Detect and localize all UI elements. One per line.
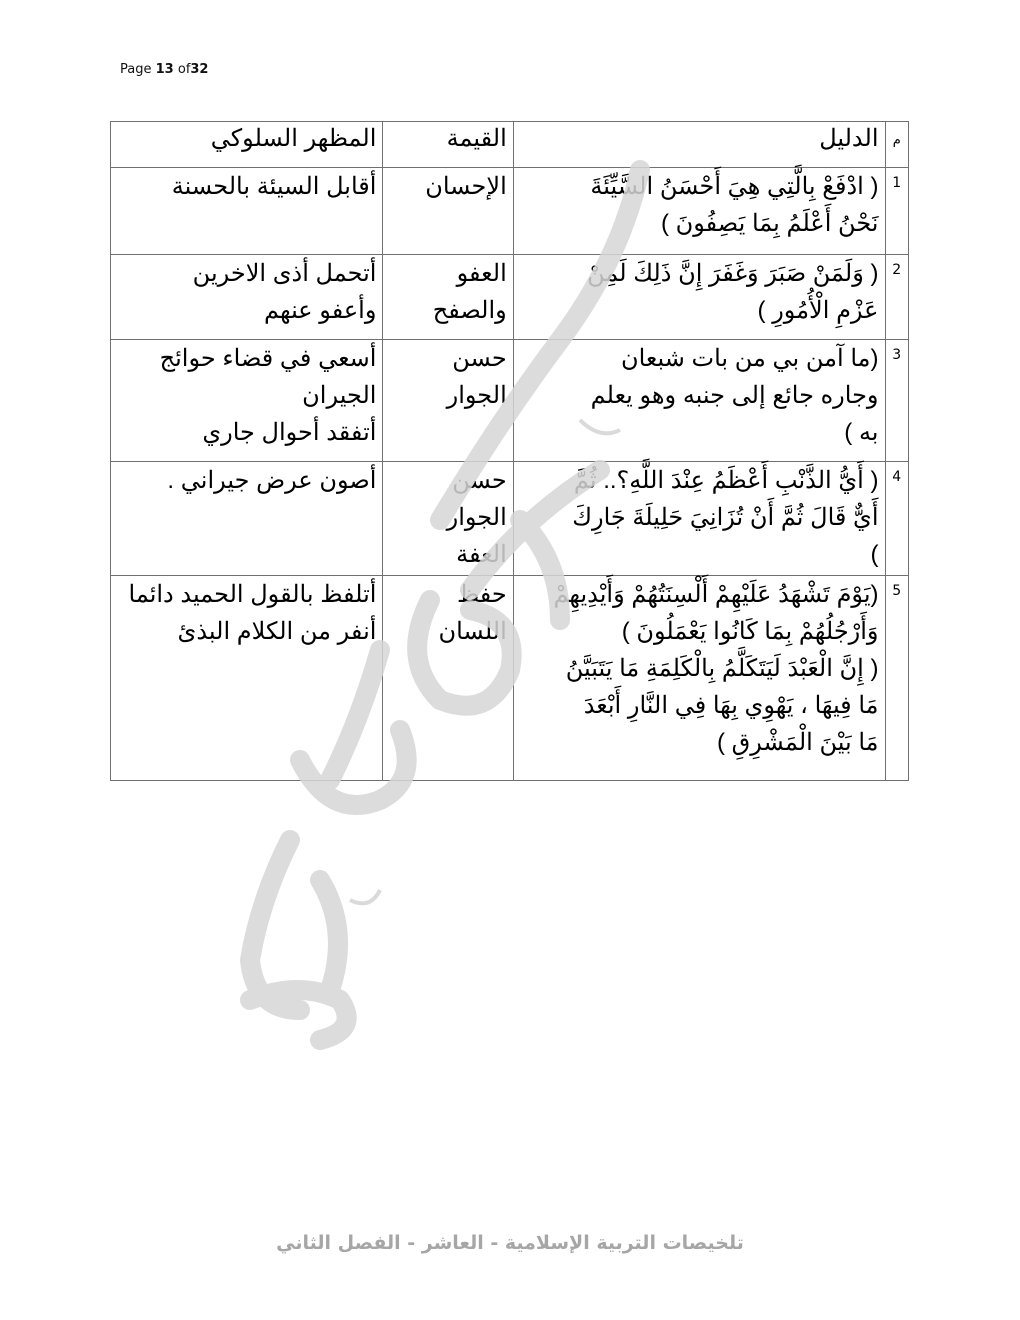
header-value: القيمة (383, 122, 513, 168)
row-num: 1 (885, 168, 909, 255)
value-cell: حفظ اللسان (383, 576, 513, 781)
evidence-line: به ) (520, 414, 879, 451)
page-footer: تلخيصات التربية الإسلامية - العاشر - الف… (0, 1232, 1020, 1254)
behavior-line: أتحمل أذى الاخرين (117, 255, 376, 292)
evidence-line: أَيٌّ قَالَ ثُمَّ أَنْ تُزَانِيَ حَلِيلَ… (520, 499, 879, 536)
value-line: الجوار (389, 499, 506, 536)
evidence-line: ( ادْفَعْ بِالَّتِي هِيَ أَحْسَنُ السَّي… (520, 168, 879, 205)
value-line: الجوار (389, 377, 506, 414)
page-current: 13 (156, 62, 174, 77)
value-line: العفة (389, 536, 506, 573)
header-num: م (885, 122, 909, 168)
evidence-line: نَحْنُ أَعْلَمُ بِمَا يَصِفُونَ ) (520, 205, 879, 242)
table-row: 3 (ما آمن بي من بات شبعان وجاره جائع إلى… (111, 340, 909, 462)
value-cell: حسن الجوار العفة (383, 462, 513, 576)
value-line: حسن (389, 462, 506, 499)
behavior-cell: أقابل السيئة بالحسنة (111, 168, 383, 255)
evidence-cell: ( وَلَمَنْ صَبَرَ وَغَفَرَ إِنَّ ذَلِكَ … (513, 255, 885, 340)
behavior-line: أتفقد أحوال جاري (117, 414, 376, 451)
page-number: Page 13 of32 (120, 62, 208, 77)
evidence-cell: ( ادْفَعْ بِالَّتِي هِيَ أَحْسَنُ السَّي… (513, 168, 885, 255)
table-header-row: م الدليل القيمة المظهر السلوكي (111, 122, 909, 168)
table-row: 5 (يَوْمَ تَشْهَدُ عَلَيْهِمْ أَلْسِنَتُ… (111, 576, 909, 781)
row-num: 5 (885, 576, 909, 781)
values-table: م الدليل القيمة المظهر السلوكي 1 ( ادْفَ… (110, 121, 909, 781)
behavior-cell: أتحمل أذى الاخرين وأعفو عنهم (111, 255, 383, 340)
evidence-line: ( أَيُّ الذَّنْبِ أَعْظَمُ عِنْدَ اللَّه… (520, 462, 879, 499)
evidence-line: ( إِنَّ الْعَبْدَ لَيَتَكَلَّمُ بِالْكَل… (520, 650, 879, 687)
behavior-line: أصون عرض جيراني . (117, 462, 376, 499)
page-of-label: of (178, 62, 191, 77)
behavior-line: الجيران (117, 377, 376, 414)
value-line: العفو (389, 255, 506, 292)
evidence-cell: (يَوْمَ تَشْهَدُ عَلَيْهِمْ أَلْسِنَتُهُ… (513, 576, 885, 781)
evidence-line: وجاره جائع إلى جنبه وهو يعلم (520, 377, 879, 414)
table-row: 4 ( أَيُّ الذَّنْبِ أَعْظَمُ عِنْدَ اللَ… (111, 462, 909, 576)
behavior-cell: أسعي في قضاء حوائج الجيران أتفقد أحوال ج… (111, 340, 383, 462)
row-num: 2 (885, 255, 909, 340)
behavior-line: وأعفو عنهم (117, 292, 376, 329)
behavior-line: أسعي في قضاء حوائج (117, 340, 376, 377)
header-evidence: الدليل (513, 122, 885, 168)
row-num: 3 (885, 340, 909, 462)
value-line: حسن (389, 340, 506, 377)
page-total: 32 (190, 62, 208, 77)
value-cell: حسن الجوار (383, 340, 513, 462)
evidence-line: مَا فِيهَا ، يَهْوِي بِهَا فِي النَّارِ … (520, 687, 879, 724)
value-cell: العفو والصفح (383, 255, 513, 340)
header-behavior: المظهر السلوكي (111, 122, 383, 168)
value-line: والصفح (389, 292, 506, 329)
value-cell: الإحسان (383, 168, 513, 255)
row-num: 4 (885, 462, 909, 576)
value-line: الإحسان (389, 168, 506, 205)
evidence-cell: ( أَيُّ الذَّنْبِ أَعْظَمُ عِنْدَ اللَّه… (513, 462, 885, 576)
value-line: اللسان (389, 613, 506, 650)
behavior-line: أنفر من الكلام البذئ (117, 613, 376, 650)
evidence-line: ) (520, 536, 879, 573)
table-row: 2 ( وَلَمَنْ صَبَرَ وَغَفَرَ إِنَّ ذَلِك… (111, 255, 909, 340)
evidence-line: مَا بَيْنَ الْمَشْرِقِ ) (520, 724, 879, 761)
behavior-cell: أصون عرض جيراني . (111, 462, 383, 576)
page-label: Page (120, 62, 151, 77)
evidence-line: ( وَلَمَنْ صَبَرَ وَغَفَرَ إِنَّ ذَلِكَ … (520, 255, 879, 292)
evidence-line: (ما آمن بي من بات شبعان (520, 340, 879, 377)
table-row: 1 ( ادْفَعْ بِالَّتِي هِيَ أَحْسَنُ السَ… (111, 168, 909, 255)
evidence-line: عَزْمِ الْأُمُورِ ) (520, 292, 879, 329)
evidence-line: (يَوْمَ تَشْهَدُ عَلَيْهِمْ أَلْسِنَتُهُ… (520, 576, 879, 613)
behavior-line: أقابل السيئة بالحسنة (117, 168, 376, 205)
value-line: حفظ (389, 576, 506, 613)
behavior-line: أتلفظ بالقول الحميد دائما (117, 576, 376, 613)
evidence-cell: (ما آمن بي من بات شبعان وجاره جائع إلى ج… (513, 340, 885, 462)
behavior-cell: أتلفظ بالقول الحميد دائما أنفر من الكلام… (111, 576, 383, 781)
evidence-line: وَأَرْجُلُهُمْ بِمَا كَانُوا يَعْمَلُونَ… (520, 613, 879, 650)
